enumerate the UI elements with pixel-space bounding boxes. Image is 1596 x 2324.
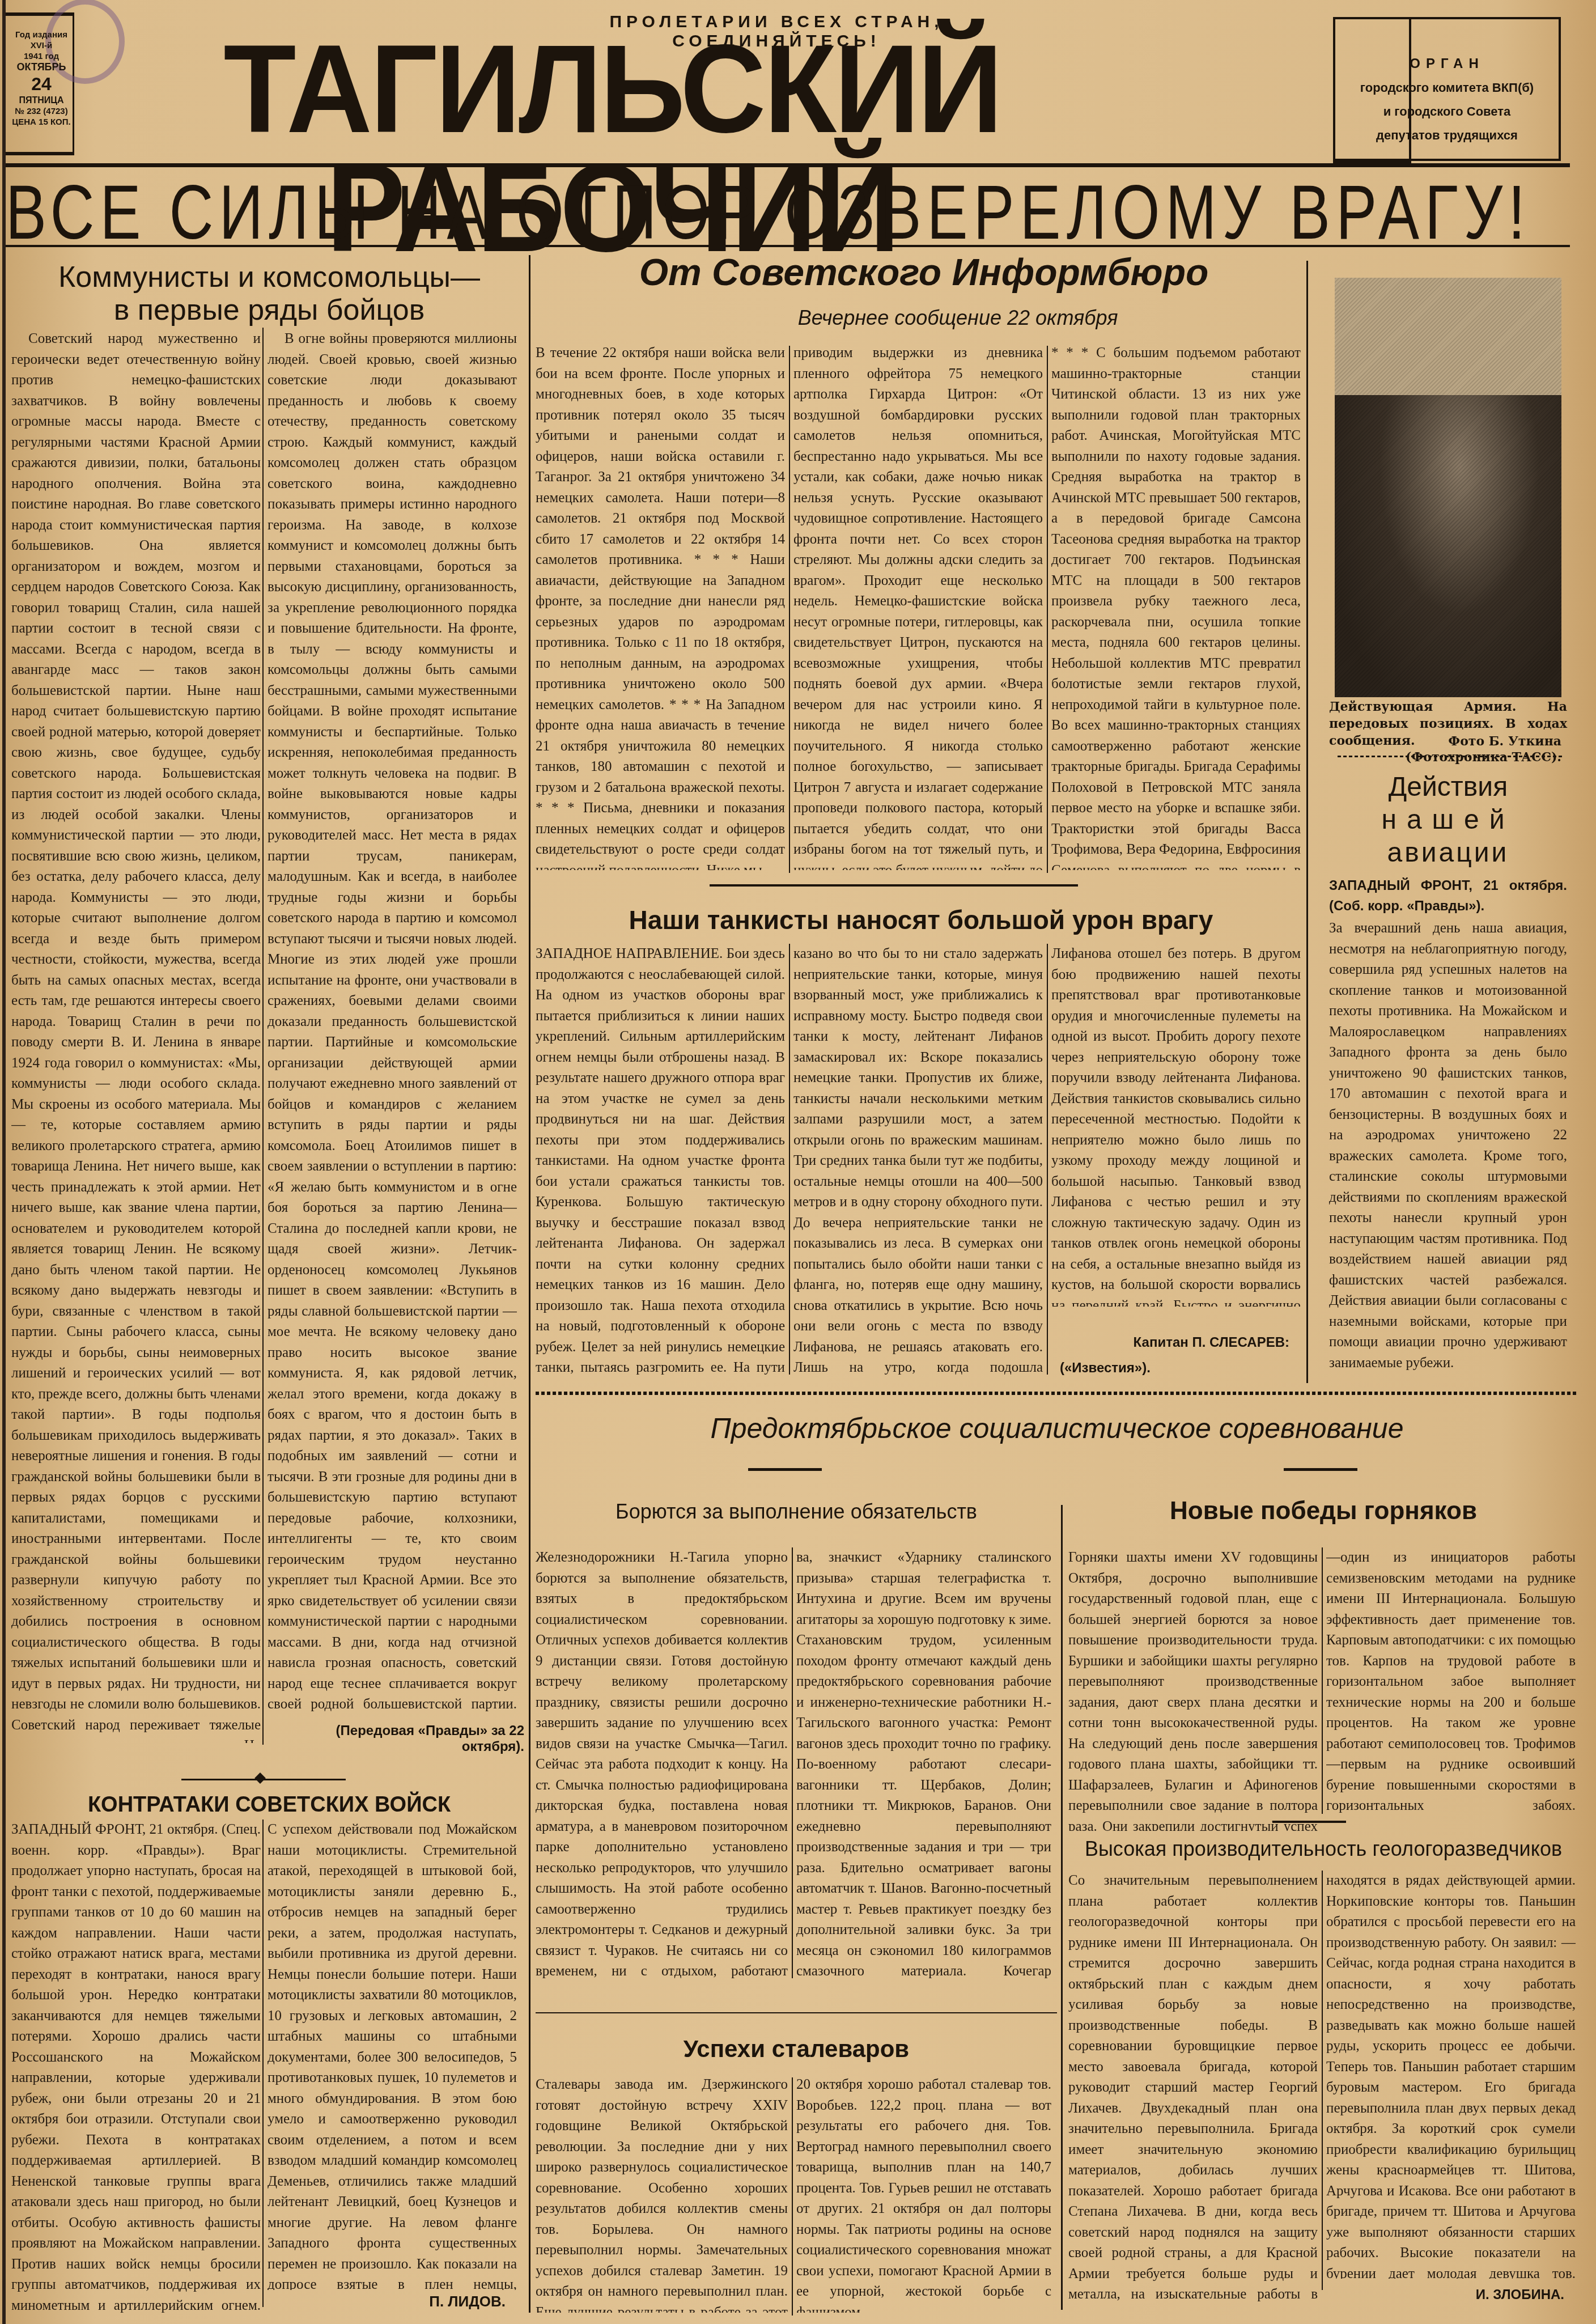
issue-year-label: Год издания XVI-й <box>10 29 73 51</box>
tanks-headline: Наши танкисты наносят большой урон врагу <box>536 904 1306 936</box>
communists-headline: Коммунисты и комсомольцы— в первые ряды … <box>11 261 527 326</box>
counterattacks-col-1: ЗАПАДНЫЙ ФРОНТ, 21 октября. (Спец. военн… <box>11 1820 261 2313</box>
issue-price: ЦЕНА 15 КОП. <box>10 117 73 128</box>
obligations-col-2: ва, значкист «Ударнику сталинского призы… <box>796 1547 1051 1978</box>
miners-col-2: —один из инициаторов работы семизвеновск… <box>1326 1547 1576 1814</box>
counterattacks-col-2: С успехом действовали под Можайском наши… <box>268 1820 517 2290</box>
organ-label: ОРГАН <box>1335 52 1559 76</box>
issue-number: № 232 (4723) <box>10 106 73 117</box>
page-left-edge <box>2 0 6 2324</box>
communists-title-2: в первые ряды бойцов <box>11 294 527 326</box>
sovinform-col-1: В течение 22 октября наши войска вели бо… <box>536 343 785 870</box>
tanks-signature: Капитан П. СЛЕСАРЕВ: <box>1051 1335 1289 1351</box>
competition-headline: Предоктябрьское социалистическое соревно… <box>536 1411 1578 1445</box>
aviation-title-3: авиации <box>1329 837 1567 870</box>
miners-headline: Новые победы горняков <box>1068 1496 1578 1526</box>
issue-day: 24 <box>10 73 73 95</box>
col-divider <box>529 1389 530 2313</box>
newspaper-page: Год издания XVI-й 1941 год ОКТЯБРЬ 24 ПЯ… <box>0 0 1596 2324</box>
photo-credit-1: Фото Б. Уткина <box>1329 734 1561 749</box>
short-rule <box>1284 1468 1357 1471</box>
col-divider <box>529 255 530 1389</box>
miners-col-1: Горняки шахты имени XV годовщины Октября… <box>1068 1547 1318 1831</box>
banner-rule <box>6 245 1570 247</box>
col-divider <box>1047 346 1048 873</box>
counterattacks-headline: КОНТРАТАКИ СОВЕТСКИХ ВОЙСК <box>11 1791 527 1818</box>
col-divider <box>1047 944 1048 1375</box>
issue-info-box: Год издания XVI-й 1941 год ОКТЯБРЬ 24 ПЯ… <box>6 12 74 155</box>
organ-box-frame: ОРГАН городского комитета ВКП(б) и город… <box>1333 17 1561 161</box>
issue-weekday: ПЯТНИЦА <box>10 95 73 106</box>
organ-line-2: и городского Совета <box>1335 100 1559 124</box>
steel-top-rule <box>536 2012 1057 2013</box>
communists-col-2: В огне войны проверяются миллионы людей.… <box>268 329 517 1712</box>
geology-col-1: Со значительным перевыполнением плана ра… <box>1068 1871 1318 2301</box>
col-divider <box>1061 1505 1063 2310</box>
aviation-dateline: ЗАПАДНЫЙ ФРОНТ, 21 октября. (Соб. корр. … <box>1329 876 1567 917</box>
aviation-title-2: нашей <box>1329 804 1567 837</box>
wavy-divider <box>1338 756 1564 757</box>
short-rule <box>748 1468 822 1471</box>
steel-col-1: Сталевары завода им. Дзержинского готовя… <box>536 2075 788 2313</box>
masthead-rule <box>6 163 1570 167</box>
geology-headline: Высокая производительность геологоразвед… <box>1068 1837 1578 1861</box>
banner-headline: ВСЕ СИЛЫ НА ОТПОР ОЗВЕРЕЛОМУ ВРАГУ! <box>6 170 1587 255</box>
col-divider <box>792 1547 793 1978</box>
aviation-body: За вчерашний день наша авиация, несмотря… <box>1329 918 1567 1389</box>
col-divider <box>262 328 264 1745</box>
war-photo-trench-soldiers <box>1335 278 1561 697</box>
steel-col-2: 20 октября хорошо работал сталевар тов. … <box>796 2075 1051 2313</box>
wavy-divider <box>536 1392 1578 1395</box>
tanks-col-1: ЗАПАДНОЕ НАПРАВЛЕНИЕ. Бои здесь продолжа… <box>536 944 785 1375</box>
sovinform-col-3: * * * С большим подъемом работают машинн… <box>1051 343 1301 870</box>
communists-source: (Передовая «Правды» за 22 октября). <box>275 1723 524 1755</box>
issue-month: ОКТЯБРЬ <box>10 62 73 73</box>
col-divider <box>1306 261 1308 1383</box>
short-rule <box>1272 1821 1346 1823</box>
col-divider <box>789 346 790 873</box>
tanks-source: («Известия»). <box>1060 1360 1298 1376</box>
sovinform-col-2: приводим выдержки из дневника пленного о… <box>793 343 1043 870</box>
organ-line-1: городского комитета ВКП(б) <box>1335 76 1559 100</box>
col-divider <box>1322 1547 1323 1814</box>
issue-year: 1941 год <box>10 51 73 62</box>
aviation-headline: Действия нашей авиации <box>1329 771 1567 870</box>
tanks-top-rule <box>710 884 1078 887</box>
geology-col-2: находятся в рядах действующей армии. Нор… <box>1326 1871 1576 2279</box>
col-divider <box>792 2077 793 2315</box>
sovinform-headline: От Советского Информбюро <box>536 249 1312 295</box>
organ-line-3: депутатов трудящихся <box>1335 124 1559 147</box>
col-divider <box>1322 1871 1323 2290</box>
steel-headline: Успехи сталеваров <box>536 2035 1057 2063</box>
geology-signature: И. ЗЛОБИНА. <box>1326 2287 1564 2303</box>
sovinform-subtitle: Вечернее сообщение 22 октября <box>703 306 1213 330</box>
col-divider <box>262 1820 264 2307</box>
obligations-headline: Борются за выполнение обязательств <box>536 1499 1057 1524</box>
counterattacks-signature: П. ЛИДОВ. <box>268 2293 506 2310</box>
col-divider <box>789 944 790 1375</box>
obligations-col-1: Железнодорожники Н.-Тагила упорно борютс… <box>536 1547 788 1978</box>
aviation-title-1: Действия <box>1329 771 1567 804</box>
tanks-col-2: казано во что бы то ни стало задержать н… <box>793 944 1043 1375</box>
diamond-ornament <box>254 1772 266 1784</box>
communists-title-1: Коммунисты и комсомольцы— <box>11 261 527 294</box>
photo-credit-2: (Фотохроника ТАСС). <box>1329 750 1561 765</box>
communists-col-1: Советский народ мужественно и героически… <box>11 329 261 1743</box>
tanks-col-3: Лифанова отошел без потерь. В другом бою… <box>1051 944 1301 1307</box>
